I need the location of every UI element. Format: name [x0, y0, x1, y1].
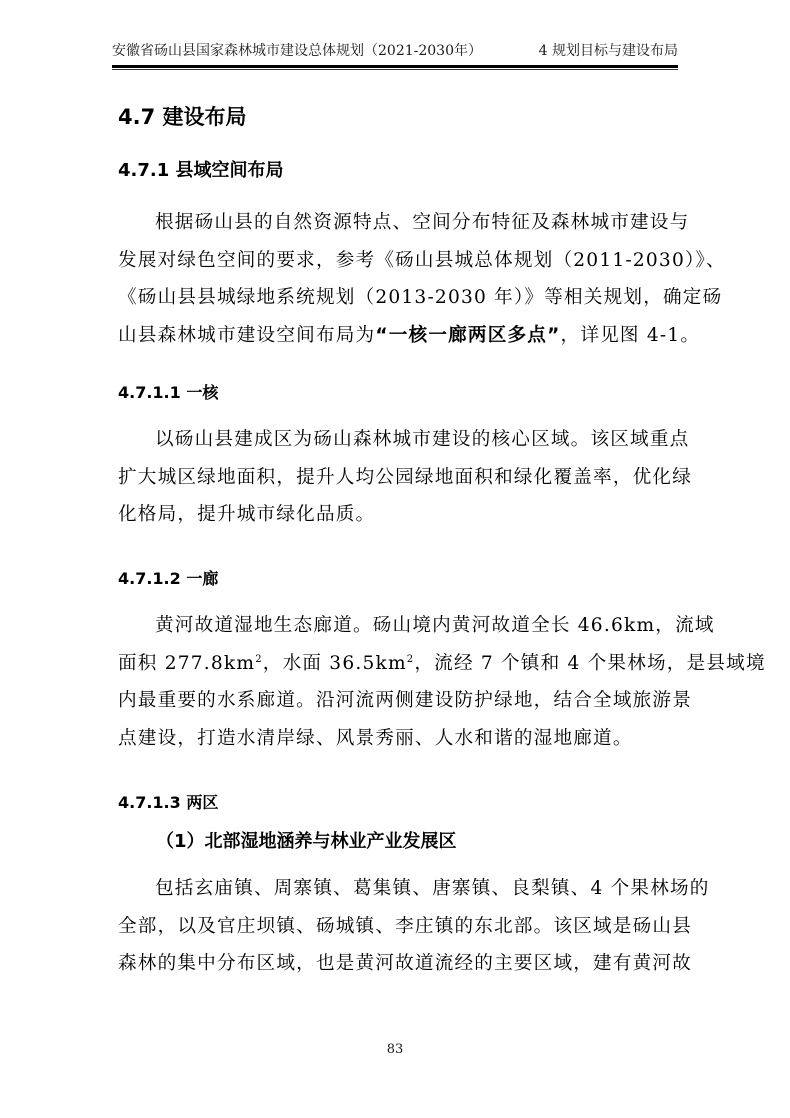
line-text: 面积 277.8km	[118, 653, 255, 674]
paragraph-north-zone: 包括玄庙镇、周寨镇、葛集镇、唐寨镇、良梨镇、4 个果林场的 全部，以及官庄坝镇、…	[118, 870, 678, 983]
header-rule-thick	[112, 65, 678, 68]
section-heading-4-7-1: 4.7.1 县域空间布局	[118, 157, 284, 185]
paragraph-core: 以砀山县建成区为砀山森林城市建设的核心区域。该区域重点 扩大城区绿地面积，提升人…	[118, 421, 678, 534]
paragraph-line: 包括玄庙镇、周寨镇、葛集镇、唐寨镇、良梨镇、4 个果林场的	[118, 870, 678, 908]
paragraph-line: 面积 277.8km2，水面 36.5km2，流经 7 个镇和 4 个果林场，是…	[118, 645, 678, 683]
paragraph-line: 黄河故道湿地生态廊道。砀山境内黄河故道全长 46.6km，流域	[118, 607, 678, 645]
header-document-title: 安徽省砀山县国家森林城市建设总体规划（2021-2030年）	[112, 42, 482, 60]
header-chapter-title: 4 规划目标与建设布局	[539, 42, 678, 60]
paragraph-line: 根据砀山县的自然资源特点、空间分布特征及森林城市建设与	[118, 204, 678, 242]
page-number: 83	[0, 1042, 790, 1057]
section-heading-4-7-1-1: 4.7.1.1 一核	[118, 380, 218, 406]
paragraph-line: 发展对绿色空间的要求，参考《砀山县城总体规划（2011-2030）》、	[118, 242, 678, 280]
paragraph-line: 以砀山县建成区为砀山森林城市建设的核心区域。该区域重点	[118, 421, 678, 459]
superscript: 2	[255, 653, 263, 664]
header-rule-thin	[112, 69, 678, 70]
section-heading-4-7: 4.7 建设布局	[118, 102, 247, 132]
line-text: ，详见图 4-1。	[561, 325, 701, 346]
section-heading-4-7-1-2: 4.7.1.2 一廊	[118, 566, 218, 592]
paragraph-line: 森林的集中分布区域，也是黄河故道流经的主要区域，建有黄河故	[118, 945, 678, 983]
paragraph-spatial-layout: 根据砀山县的自然资源特点、空间分布特征及森林城市建设与 发展对绿色空间的要求，参…	[118, 204, 678, 354]
subsection-heading-north: （1）北部湿地涵养与林业产业发展区	[118, 828, 457, 856]
paragraph-line: 山县森林城市建设空间布局为“一核一廊两区多点”，详见图 4-1。	[118, 317, 678, 355]
line-text: ，流经 7 个镇和 4 个果林场，是县域境	[414, 653, 765, 674]
line-text: ，水面 36.5km	[263, 653, 407, 674]
paragraph-line: 《砀山县县城绿地系统规划（2013-2030 年）》等相关规划，确定砀	[118, 279, 678, 317]
paragraph-line: 扩大城区绿地面积，提升人均公园绿地面积和绿化覆盖率，优化绿	[118, 459, 678, 497]
section-heading-4-7-1-3: 4.7.1.3 两区	[118, 790, 218, 816]
paragraph-line: 全部，以及官庄坝镇、砀城镇、李庄镇的东北部。该区域是砀山县	[118, 908, 678, 946]
line-text: 山县森林城市建设空间布局为	[118, 325, 375, 346]
paragraph-line: 点建设，打造水清岸绿、风景秀丽、人水和谐的湿地廊道。	[118, 720, 678, 758]
layout-emphasis: “一核一廊两区多点”	[375, 325, 560, 346]
paragraph-corridor: 黄河故道湿地生态廊道。砀山境内黄河故道全长 46.6km，流域 面积 277.8…	[118, 607, 678, 757]
paragraph-line: 化格局，提升城市绿化品质。	[118, 496, 678, 534]
page-header: 安徽省砀山县国家森林城市建设总体规划（2021-2030年） 4 规划目标与建设…	[112, 42, 678, 72]
paragraph-line: 内最重要的水系廊道。沿河流两侧建设防护绿地，结合全域旅游景	[118, 682, 678, 720]
